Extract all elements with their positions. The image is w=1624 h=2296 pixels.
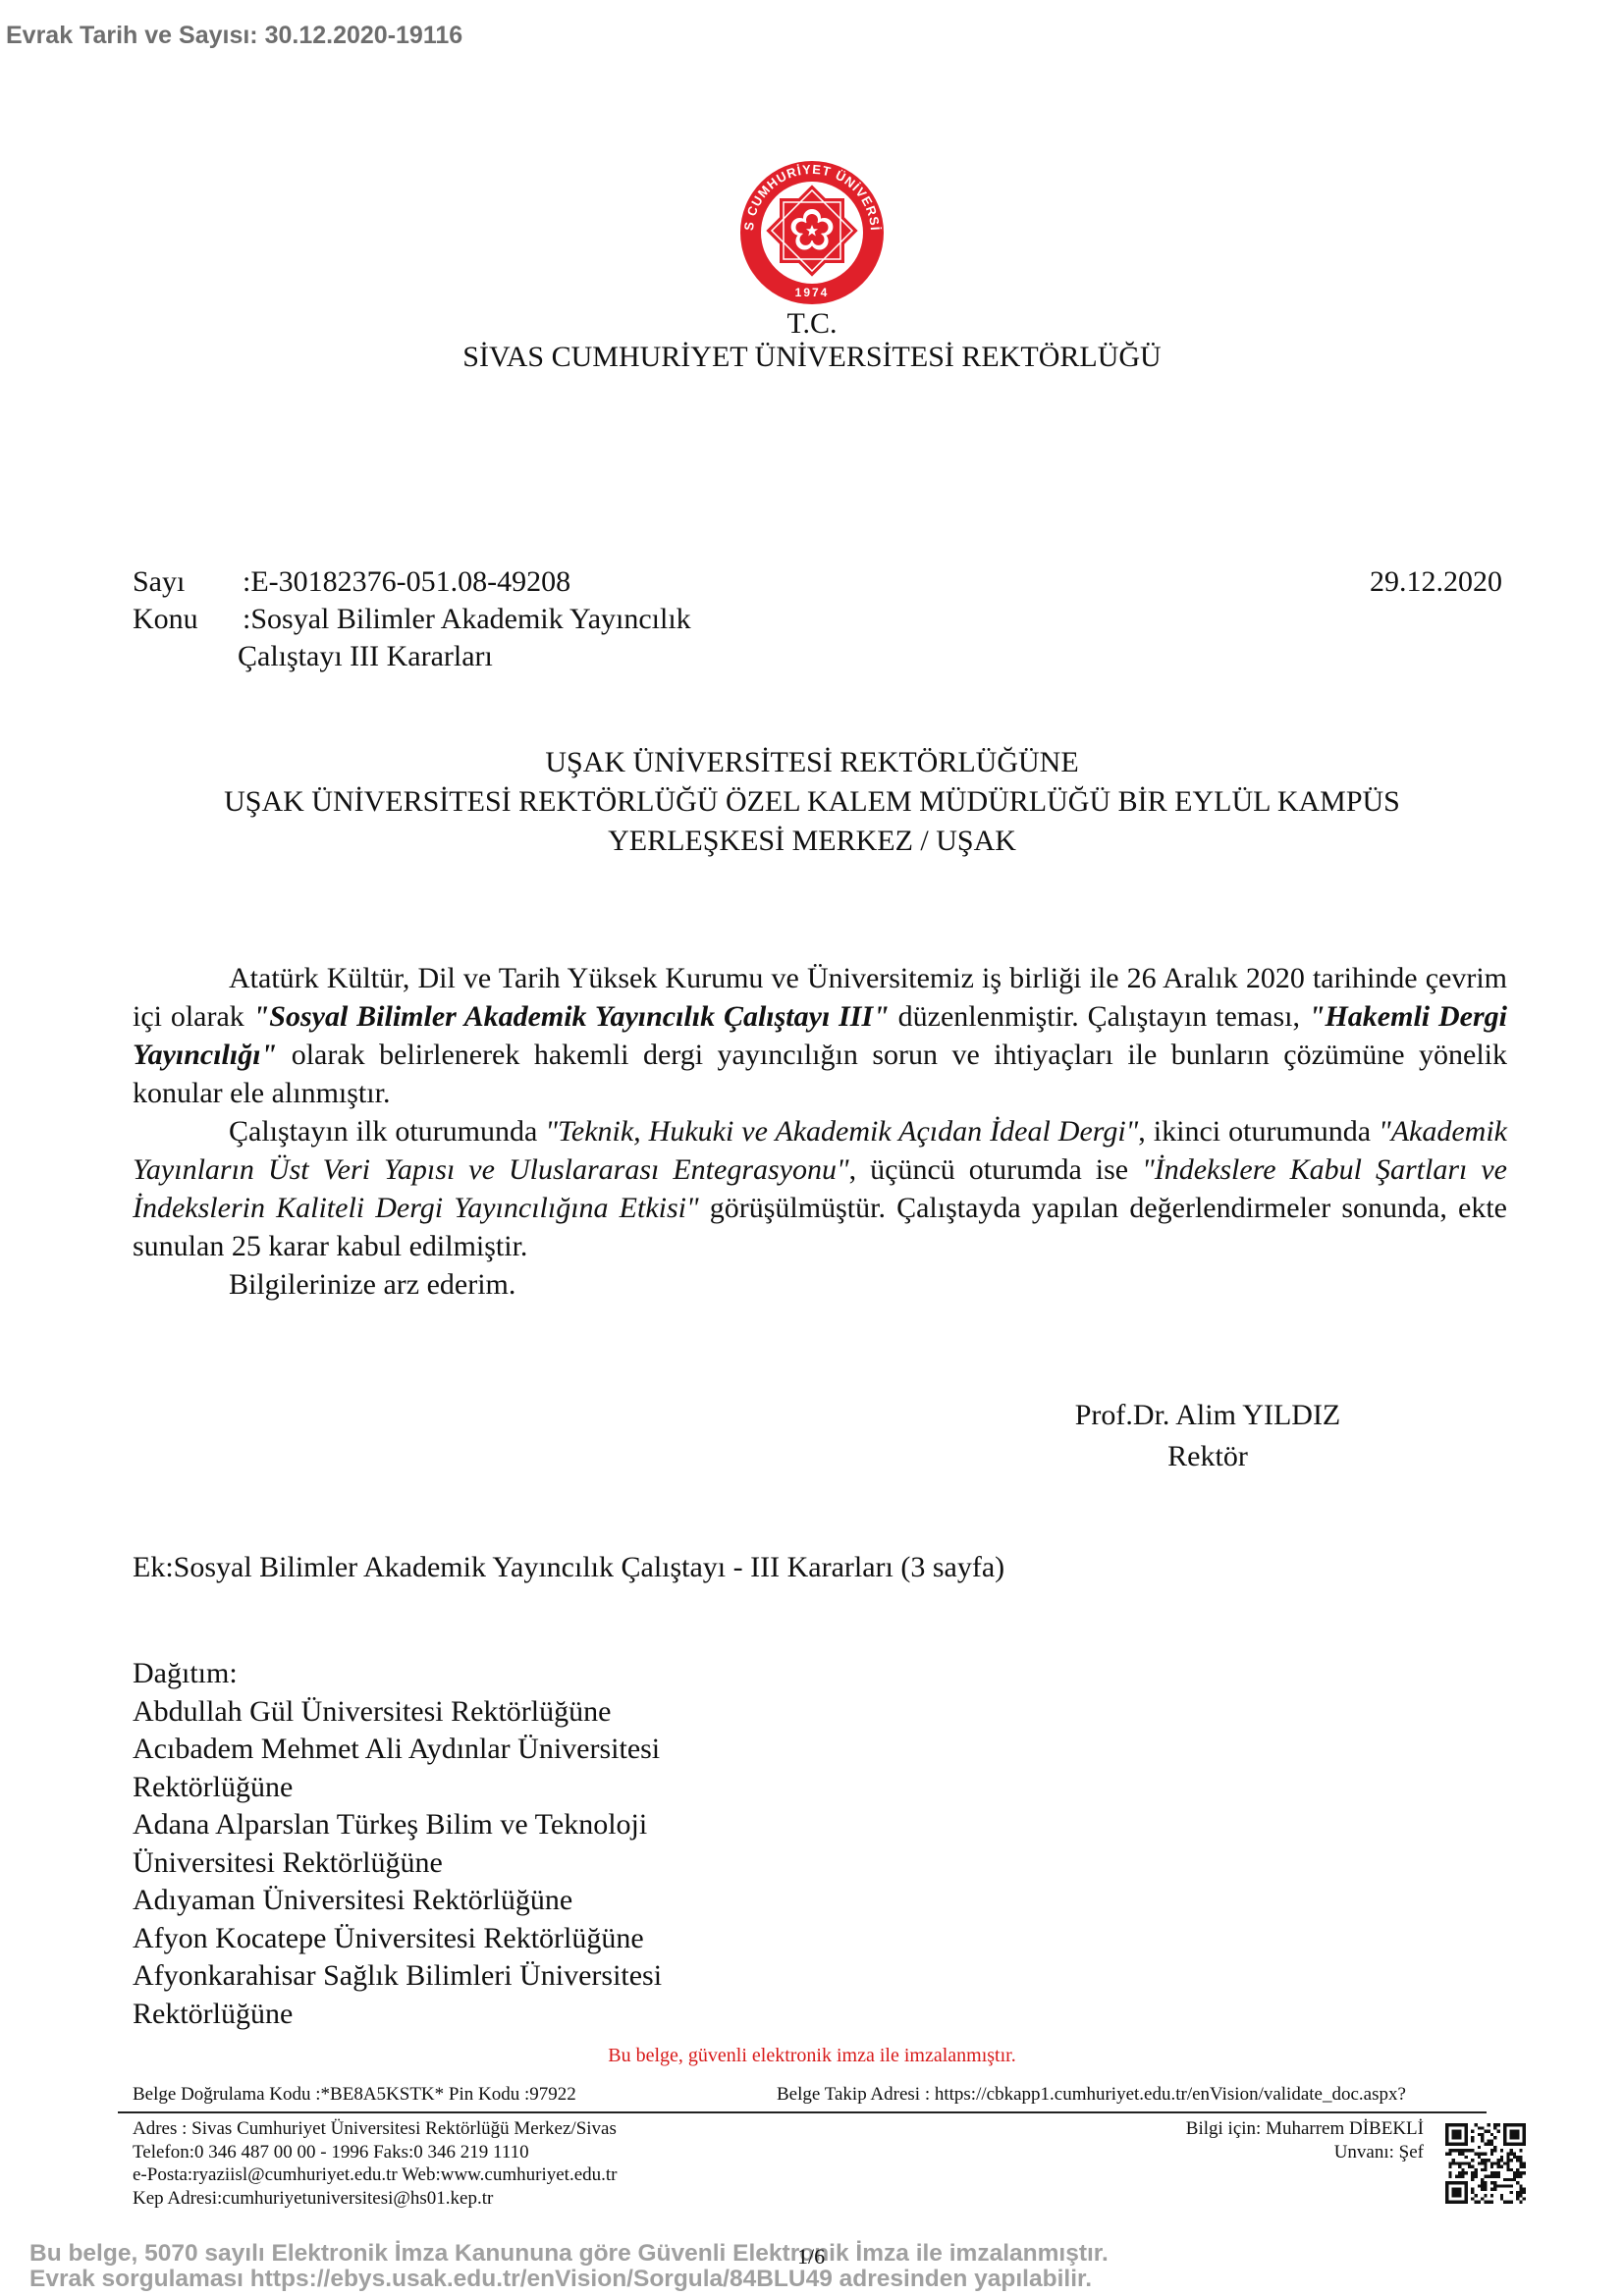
letterhead-tc: T.C. [0,307,1624,341]
secure-signature-notice: Bu belge, güvenli elektronik imza ile im… [0,2045,1624,2067]
sayi-value: :E-30182376-051.08-49208 [243,565,570,598]
sayi-label: Sayı [133,565,243,599]
paragraph-2: Çalıştayın ilk oturumunda "Teknik, Hukuk… [133,1112,1507,1265]
addressee: UŞAK ÜNİVERSİTESİ REKTÖRLÜĞÜNE UŞAK ÜNİV… [0,743,1624,861]
konu-label: Konu [133,603,243,636]
signatory-name: Prof.Dr. Alim YILDIZ [1011,1395,1404,1436]
email-web[interactable]: e-Posta:ryaziisl@cumhuriyet.edu.tr Web:w… [133,2163,617,2187]
addressee-line: YERLEŞKESİ MERKEZ / UŞAK [0,822,1624,861]
esign-legal-notice: Bu belge, 5070 sayılı Elektronik İmza Ka… [29,2240,1109,2268]
kep-address: Kep Adresi:cumhuriyetuniversitesi@hs01.k… [133,2187,617,2211]
list-item: Afyon Kocatepe Üniversitesi Rektörlüğüne [133,1920,662,1958]
addressee-line: UŞAK ÜNİVERSİTESİ REKTÖRLÜĞÜ ÖZEL KALEM … [0,782,1624,822]
list-item: Acıbadem Mehmet Ali Aydınlar Üniversites… [133,1731,662,1769]
info-title: Unvanı: Şef [1080,2141,1424,2164]
list-item: Abdullah Gül Üniversitesi Rektörlüğüne [133,1693,662,1732]
info-contact: Bilgi için: Muharrem DİBEKLİ Unvanı: Şef [1080,2117,1424,2163]
list-item: Adıyaman Üniversitesi Rektörlüğüne [133,1882,662,1920]
closing: Bilgilerinize arz ederim. [133,1265,1507,1304]
qr-code-icon [1445,2123,1526,2204]
page-number: 1/6 [797,2244,825,2269]
document-date: 29.12.2020 [1370,565,1502,599]
letterhead-institution: SİVAS CUMHURİYET ÜNİVERSİTESİ REKTÖRLÜĞÜ [0,341,1624,374]
verification-code: Belge Doğrulama Kodu :*BE8A5KSTK* Pin Ko… [133,2084,576,2106]
document-stamp: Evrak Tarih ve Sayısı: 30.12.2020-19116 [6,22,462,50]
list-item: Adana Alparslan Türkeş Bilim ve Teknoloj… [133,1806,662,1844]
list-item: Rektörlüğüne [133,1769,662,1807]
distribution-heading: Dağıtım: [133,1655,662,1693]
tracking-address[interactable]: Belge Takip Adresi : https://cbkapp1.cum… [777,2084,1406,2106]
paragraph-1: Atatürk Kültür, Dil ve Tarih Yüksek Kuru… [133,959,1507,1112]
attachment: Ek:Sosyal Bilimler Akademik Yayıncılık Ç… [133,1551,1004,1584]
university-seal-icon: SİVAS CUMHURİYET ÜNİVERSİTESİ 1974 [738,159,886,306]
signature-block: Prof.Dr. Alim YILDIZ Rektör [1011,1395,1404,1477]
phone-fax: Telefon:0 346 487 00 00 - 1996 Faks:0 34… [133,2141,617,2164]
contact-info: Adres : Sivas Cumhuriyet Üniversitesi Re… [133,2117,617,2210]
list-item: Üniversitesi Rektörlüğüne [133,1844,662,1883]
signatory-title: Rektör [1011,1436,1404,1477]
document-number: Sayı:E-30182376-051.08-49208 [133,565,570,599]
addressee-line: UŞAK ÜNİVERSİTESİ REKTÖRLÜĞÜNE [0,743,1624,782]
document-query-notice[interactable]: Evrak sorgulaması https://ebys.usak.edu.… [29,2266,1092,2293]
svg-text:1974: 1974 [795,286,830,299]
address: Adres : Sivas Cumhuriyet Üniversitesi Re… [133,2117,617,2141]
letter-body: Atatürk Kültür, Dil ve Tarih Yüksek Kuru… [133,959,1507,1304]
list-item: Afyonkarahisar Sağlık Bilimleri Üniversi… [133,1957,662,1996]
list-item: Rektörlüğüne [133,1996,662,2034]
info-person: Bilgi için: Muharrem DİBEKLİ [1080,2117,1424,2141]
distribution-list: Dağıtım: Abdullah Gül Üniversitesi Rektö… [133,1655,662,2033]
document-subject: Konu:Sosyal Bilimler Akademik Yayıncılık [133,603,691,636]
footer-divider [118,2111,1487,2113]
document-subject-cont: Çalıştayı III Kararları [238,640,493,673]
konu-value: :Sosyal Bilimler Akademik Yayıncılık [243,603,691,635]
